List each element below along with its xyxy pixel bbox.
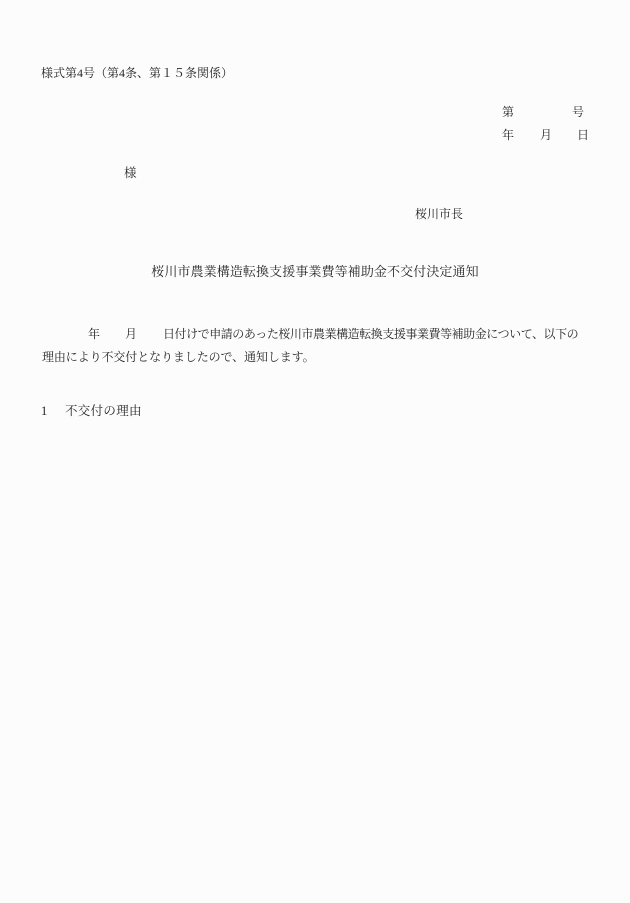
addressee-honorific: 様 xyxy=(124,166,137,181)
section-number: 1 xyxy=(41,404,47,419)
document-page: 様式第4号（第4条、第１５条関係） 第 号 年 月 日 様 桜川市長 桜川市農業… xyxy=(0,0,630,903)
body-blank-month: 月 xyxy=(125,327,137,342)
body-paragraph-line1: 日付けで申請のあった桜川市農業構造転換支援事業費等補助金について、以下の xyxy=(163,327,578,342)
body-paragraph-line2: 理由により不交付となりましたので、通知します。 xyxy=(42,350,315,365)
doc-number-suffix: 号 xyxy=(572,105,584,120)
body-blank-year: 年 xyxy=(88,327,100,342)
section-heading: 不交付の理由 xyxy=(65,404,142,419)
date-month-label: 月 xyxy=(540,128,552,143)
document-title: 桜川市農業構造転換支援事業費等補助金不交付決定通知 xyxy=(0,264,630,279)
sender-title: 桜川市長 xyxy=(415,207,463,222)
form-number-label: 様式第4号（第4条、第１５条関係） xyxy=(41,66,233,81)
date-day-label: 日 xyxy=(577,128,589,143)
date-year-label: 年 xyxy=(502,128,514,143)
doc-number-prefix: 第 xyxy=(502,105,514,120)
